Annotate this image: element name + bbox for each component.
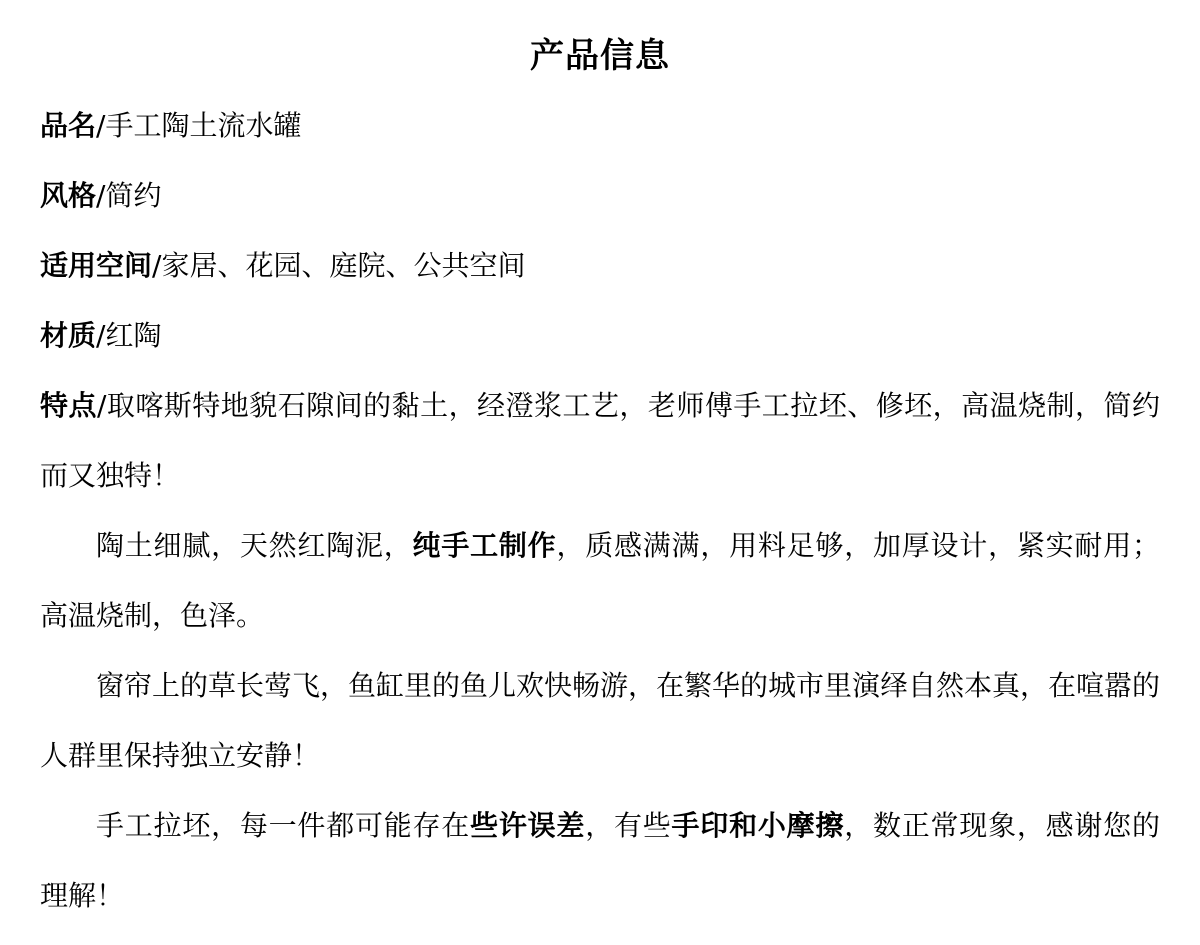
text-segment: /手工陶土流水罐 — [96, 109, 301, 142]
paragraph: 陶土细腻，天然红陶泥，纯手工制作，质感满满，用料足够，加厚设计，紧实耐用；高温烧… — [40, 511, 1160, 651]
text-segment: 陶土细腻，天然红陶泥， — [96, 529, 413, 562]
bold-segment: 手印和小摩擦 — [672, 809, 845, 842]
text-segment: /家居、花园、庭院、公共空间 — [152, 249, 525, 282]
text-segment: 手工拉坯，每一件都可能存在 — [96, 809, 470, 842]
paragraph: 材质/红陶 — [40, 301, 1160, 371]
paragraph: 窗帘上的草长莺飞，鱼缸里的鱼儿欢快畅游，在繁华的城市里演绎自然本真，在喧嚣的人群… — [40, 651, 1160, 791]
bold-segment: 特点 — [40, 389, 97, 422]
text-segment: /取喀斯特地貌石隙间的黏土，经澄浆工艺，老师傅手工拉坯、修坯，高温烧制，简约而又… — [40, 389, 1160, 492]
bold-segment: 适用空间 — [40, 249, 152, 282]
paragraph: 适用空间/家居、花园、庭院、公共空间 — [40, 231, 1160, 301]
text-segment: 窗帘上的草长莺飞，鱼缸里的鱼儿欢快畅游，在繁华的城市里演绎自然本真，在喧嚣的人群… — [40, 669, 1160, 772]
text-segment: /简约 — [96, 179, 161, 212]
bold-segment: 纯手工制作 — [413, 529, 557, 562]
paragraph: 特点/取喀斯特地貌石隙间的黏土，经澄浆工艺，老师傅手工拉坯、修坯，高温烧制，简约… — [40, 371, 1160, 511]
text-segment: ，有些 — [585, 809, 671, 842]
paragraph: 品名/手工陶土流水罐 — [40, 91, 1160, 161]
page-title: 产品信息 — [0, 0, 1200, 77]
bold-segment: 材质 — [40, 319, 96, 352]
document-page: 产品信息 品名/手工陶土流水罐风格/简约适用空间/家居、花园、庭院、公共空间材质… — [0, 0, 1200, 945]
bold-segment: 风格 — [40, 179, 96, 212]
paragraph: 风格/简约 — [40, 161, 1160, 231]
document-body: 品名/手工陶土流水罐风格/简约适用空间/家居、花园、庭院、公共空间材质/红陶特点… — [0, 77, 1200, 931]
text-segment: /红陶 — [96, 319, 161, 352]
bold-segment: 些许误差 — [470, 809, 585, 842]
paragraph: 手工拉坯，每一件都可能存在些许误差，有些手印和小摩擦，数正常现象，感谢您的理解！ — [40, 791, 1160, 931]
bold-segment: 品名 — [40, 109, 96, 142]
